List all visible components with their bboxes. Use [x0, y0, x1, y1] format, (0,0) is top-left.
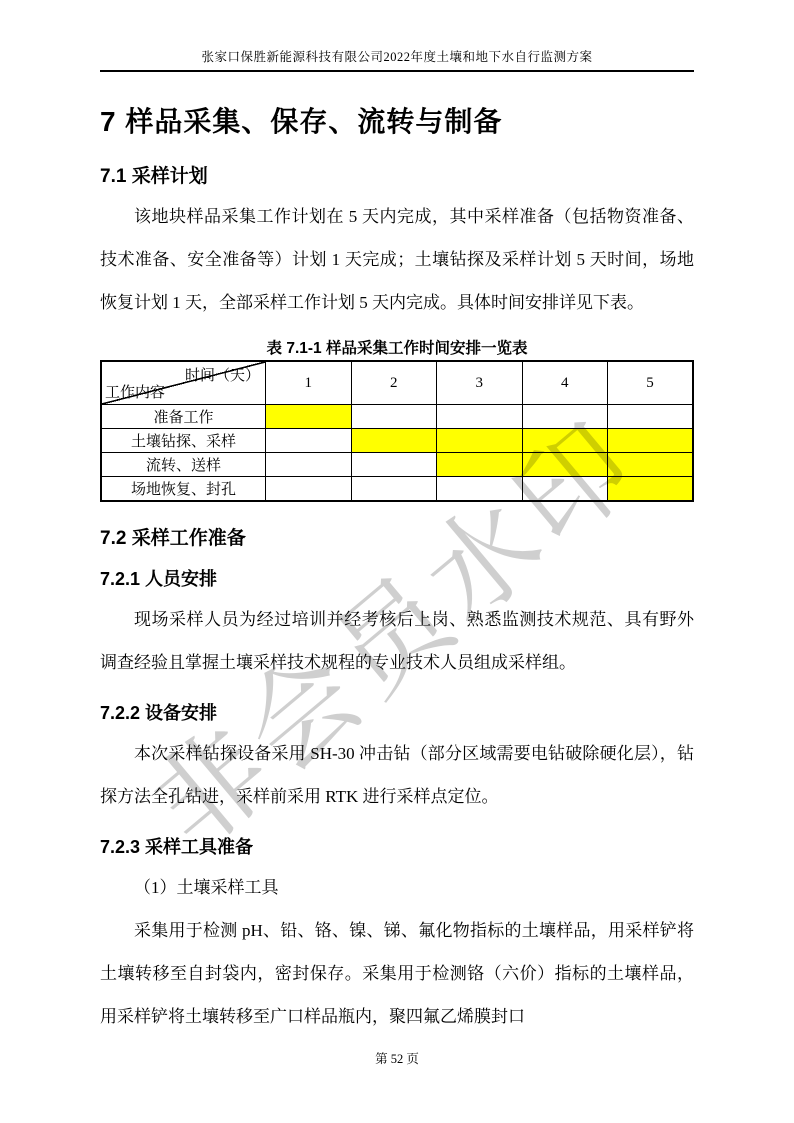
schedule-cell	[351, 453, 436, 477]
schedule-cell	[522, 477, 607, 502]
diagonal-header-time-label: 时间（天）	[185, 364, 260, 385]
section-7-2-2-title: 7.2.2 设备安排	[100, 699, 694, 725]
schedule-cell	[351, 477, 436, 502]
section-7-2-1-paragraph: 现场采样人员为经过培训并经考核后上岗、熟悉监测技术规范、具有野外调查经验且掌握土…	[100, 598, 694, 684]
header-rule	[100, 70, 694, 72]
section-7-2-2-paragraph: 本次采样钻探设备采用 SH-30 冲击钻（部分区域需要电钻破除硬化层），钻探方法…	[100, 732, 694, 818]
schedule-cell	[608, 477, 694, 502]
header-title: 张家口保胜新能源科技有限公司2022年度土壤和地下水自行监测方案	[0, 0, 794, 65]
section-7-2-title: 7.2 采样工作准备	[100, 523, 694, 550]
schedule-cell	[266, 405, 351, 429]
schedule-cell	[608, 453, 694, 477]
schedule-cell	[522, 405, 607, 429]
schedule-cell	[266, 429, 351, 453]
schedule-cell	[437, 453, 522, 477]
schedule-cell	[522, 453, 607, 477]
section-7-2-3-item-label: （1）土壤采样工具	[100, 866, 694, 909]
schedule-cell	[437, 477, 522, 502]
schedule-cell	[351, 429, 436, 453]
section-7-2-3-paragraph: 采集用于检测 pH、铅、铬、镍、锑、氟化物指标的土壤样品，用采样铲将土壤转移至自…	[100, 909, 694, 1038]
page-footer: 第 52 页	[0, 1049, 794, 1067]
section-7-1-paragraph: 该地块样品采集工作计划在 5 天内完成，其中采样准备（包括物资准备、技术准备、安…	[100, 195, 694, 324]
table-header-row: 时间（天） 工作内容 1 2 3 4 5	[101, 361, 693, 405]
row-label: 场地恢复、封孔	[101, 477, 266, 502]
chapter-title: 7 样品采集、保存、流转与制备	[100, 100, 694, 140]
row-label: 流转、送样	[101, 453, 266, 477]
section-7-2-3-title: 7.2.3 采样工具准备	[100, 833, 694, 859]
day-column-header: 5	[608, 361, 694, 405]
schedule-cell	[266, 477, 351, 502]
day-column-header: 1	[266, 361, 351, 405]
table-caption: 表 7.1-1 样品采集工作时间安排一览表	[100, 336, 694, 358]
schedule-cell	[437, 429, 522, 453]
day-column-header: 2	[351, 361, 436, 405]
diagonal-header-work-label: 工作内容	[105, 381, 165, 402]
section-7-2-1-title: 7.2.1 人员安排	[100, 565, 694, 591]
schedule-cell	[266, 453, 351, 477]
page-content: 7 样品采集、保存、流转与制备 7.1 采样计划 该地块样品采集工作计划在 5 …	[100, 100, 694, 1038]
diagonal-header-cell: 时间（天） 工作内容	[101, 361, 266, 405]
schedule-cell	[608, 405, 694, 429]
schedule-cell	[608, 429, 694, 453]
day-column-header: 3	[437, 361, 522, 405]
sampling-schedule-table: 时间（天） 工作内容 1 2 3 4 5 准备工作	[100, 360, 694, 502]
table-row: 流转、送样	[101, 453, 693, 477]
row-label: 土壤钻探、采样	[101, 429, 266, 453]
row-label: 准备工作	[101, 405, 266, 429]
day-column-header: 4	[522, 361, 607, 405]
schedule-cell	[437, 405, 522, 429]
schedule-cell	[351, 405, 436, 429]
section-7-1-title: 7.1 采样计划	[100, 161, 694, 188]
schedule-cell	[522, 429, 607, 453]
table-row: 土壤钻探、采样	[101, 429, 693, 453]
table-row: 场地恢复、封孔	[101, 477, 693, 502]
table-row: 准备工作	[101, 405, 693, 429]
document-page: 张家口保胜新能源科技有限公司2022年度土壤和地下水自行监测方案 7 样品采集、…	[0, 0, 794, 1123]
